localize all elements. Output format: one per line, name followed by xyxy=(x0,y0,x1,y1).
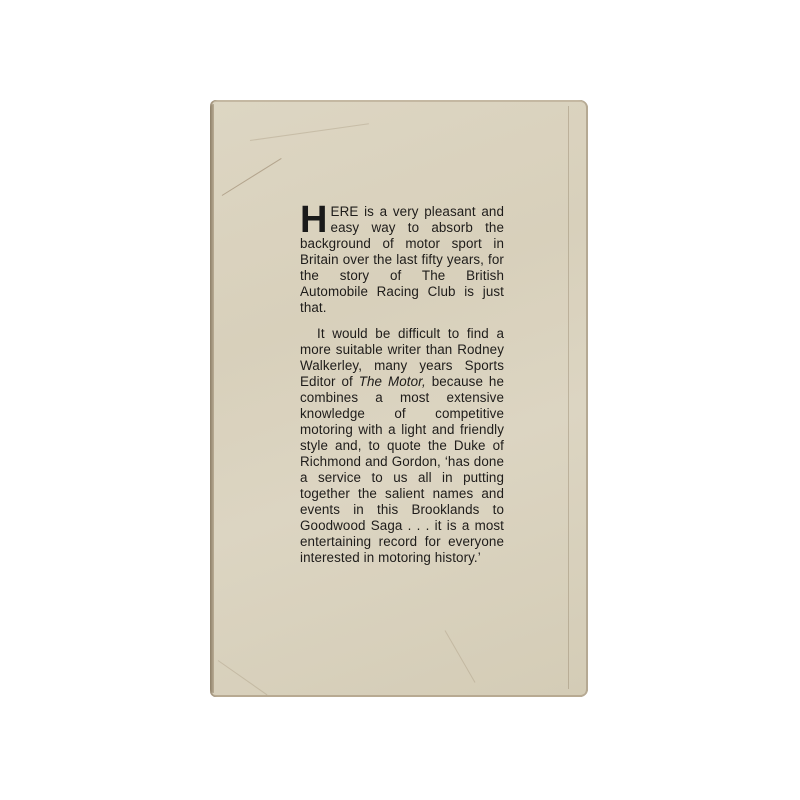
cover-crease xyxy=(250,123,369,141)
book-spine-edge xyxy=(210,104,214,693)
paragraph-text: ERE is a very pleasant and easy way to a… xyxy=(300,204,504,315)
cover-crease xyxy=(222,158,282,196)
cover-crease xyxy=(218,660,268,695)
paragraph-text: because he combines a most extensive kno… xyxy=(300,374,504,565)
blurb-paragraph-2: It would be difficult to find a more sui… xyxy=(300,326,504,566)
blurb-paragraph-1: HERE is a very pleasant and easy way to … xyxy=(300,204,504,316)
cover-fold-line xyxy=(568,106,569,689)
cover-crease xyxy=(445,630,476,682)
blurb-text: HERE is a very pleasant and easy way to … xyxy=(300,204,504,566)
drop-cap: H xyxy=(300,205,328,235)
publication-title: The Motor, xyxy=(359,374,426,389)
